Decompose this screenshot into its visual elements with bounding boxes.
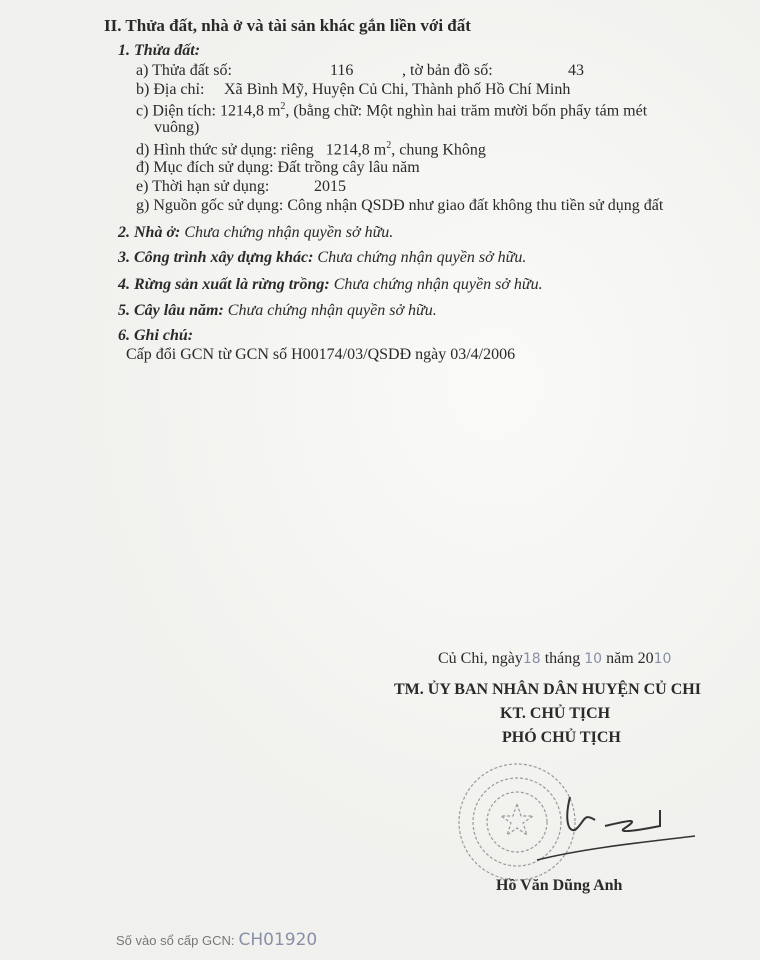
term-label: e) Thời hạn sử dụng: [136,178,269,196]
address-label: b) Địa chỉ: [136,81,204,99]
signer-title-2: PHÓ CHỦ TỊCH [502,729,621,747]
purpose-line: đ) Mục đích sử dụng: Đất trồng cây lâu n… [136,159,420,177]
usage-common-label: , chung [391,141,438,158]
section-title: II. Thửa đất, nhà ở và tài sản khác gắn … [104,16,471,36]
registry-value: CH01920 [239,930,318,950]
parcel-number: 116 [330,62,353,80]
usage-private-area: 1214,8 [326,141,370,158]
usage-form-line: d) Hình thức sử dụng: riêng 1214,8 m2, c… [136,140,486,159]
land-heading: 1. Thửa đất: [118,42,200,60]
note-heading: 6. Ghi chú: [118,327,193,345]
day-handwritten: 18 [523,651,541,667]
place-date: Củ Chi, ngày18 tháng 10 năm 2010 [438,650,671,668]
term-value: 2015 [314,178,346,196]
usage-common-value: Không [442,141,486,158]
origin-value: Công nhận QSDĐ như giao đất không thu ti… [287,197,663,214]
note-text: Cấp đổi GCN từ GCN số H00174/03/QSDĐ ngà… [126,346,515,364]
usage-form-label: d) Hình thức sử dụng: riêng [136,141,314,158]
signer-title-1: KT. CHỦ TỊCH [500,705,610,723]
area-value: 1214,8 [220,102,264,119]
registry-label: Số vào sổ cấp GCN: [116,933,235,948]
map-sheet-number: 43 [568,62,584,80]
area-line: c) Diện tích: 1214,8 m2, (bằng chữ: Một … [136,101,647,120]
area-label: c) Diện tích: [136,102,216,119]
issuing-org: TM. ỦY BAN NHÂN DÂN HUYỆN CỦ CHI [394,681,701,699]
area-unit: m [268,102,280,119]
origin-line: g) Nguồn gốc sử dụng: Công nhận QSDĐ như… [136,197,663,215]
item-plantation-forest: 4. Rừng sản xuất là rừng trồng: Chưa chứ… [118,276,543,294]
certificate-page: II. Thửa đất, nhà ở và tài sản khác gắn … [0,0,760,960]
seal-icon [459,764,575,880]
registry-number: Số vào sổ cấp GCN: CH01920 [116,930,317,950]
month-handwritten: 10 [584,651,602,667]
item-perennial-trees: 5. Cây lâu năm: Chưa chứng nhận quyền sở… [118,302,437,320]
item-other-construction: 3. Công trình xây dựng khác: Chưa chứng … [118,249,526,267]
year-handwritten: 10 [654,651,672,667]
purpose-value: Đất trồng cây lâu năm [278,159,420,176]
area-words-cont: vuông) [154,119,199,137]
item-house: 2. Nhà ở: Chưa chứng nhận quyền sở hữu. [118,224,393,242]
address-value: Xã Bình Mỹ, Huyện Củ Chi, Thành phố Hồ C… [224,81,570,99]
official-seal-and-signature [455,752,715,892]
map-sheet-label: , tờ bản đồ số: [402,62,493,80]
signer-name: Hồ Văn Dũng Anh [496,877,622,895]
area-words: , (bằng chữ: Một nghìn hai trăm mười bốn… [285,102,647,119]
parcel-label: a) Thửa đất số: [136,62,232,80]
